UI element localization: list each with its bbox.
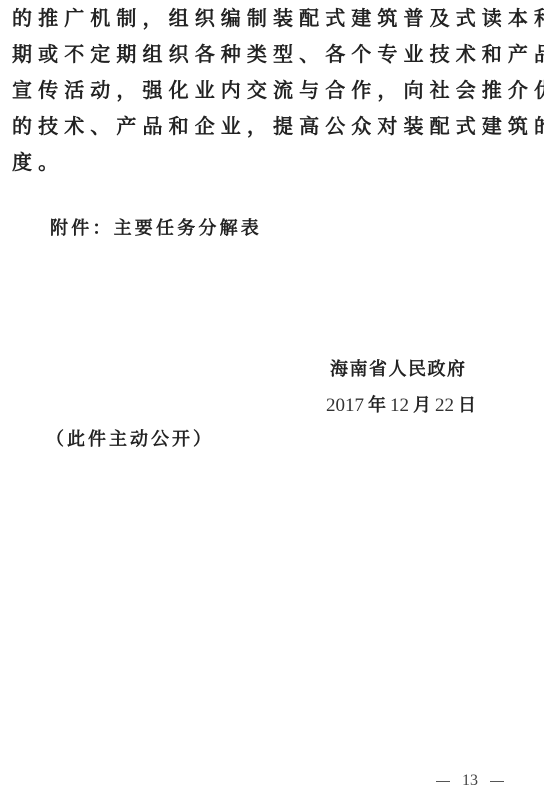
issue-date: 2017年12月22日 — [326, 394, 480, 418]
page-number-value: 13 — [462, 772, 478, 789]
document-page: 的推广机制，组织编制装配式建筑普及式读本和音视频资料，定 期或不定期组织各种类型… — [0, 0, 544, 800]
date-day: 22 — [435, 395, 454, 416]
date-month-unit: 月 — [413, 395, 431, 416]
date-month: 12 — [390, 395, 409, 416]
body-text-line-1: 的推广机制，组织编制装配式建筑普及式读本和音视频资料，定 — [12, 6, 534, 30]
dash-left — [436, 781, 450, 782]
date-year: 2017 — [326, 395, 364, 416]
page-number: 13 — [436, 771, 516, 791]
disclosure-note: （此件主动公开） — [46, 428, 214, 452]
body-text-line-2: 期或不定期组织各种类型、各个专业技术和产品、项目的推广、 — [12, 42, 534, 66]
issuing-authority: 海南省人民政府 — [330, 358, 467, 382]
dash-right — [490, 781, 504, 782]
body-text-line-5: 度。 — [12, 150, 534, 174]
date-day-unit: 日 — [458, 395, 476, 416]
body-text-line-4: 的技术、产品和企业，提高公众对装配式建筑的认知度、认同 — [12, 114, 534, 138]
date-year-unit: 年 — [368, 395, 386, 416]
body-text-line-3: 宣传活动，强化业内交流与合作，向社会推介优质、诚信、放心 — [12, 78, 534, 102]
attachment-note: 附件：主要任务分解表 — [50, 217, 262, 241]
